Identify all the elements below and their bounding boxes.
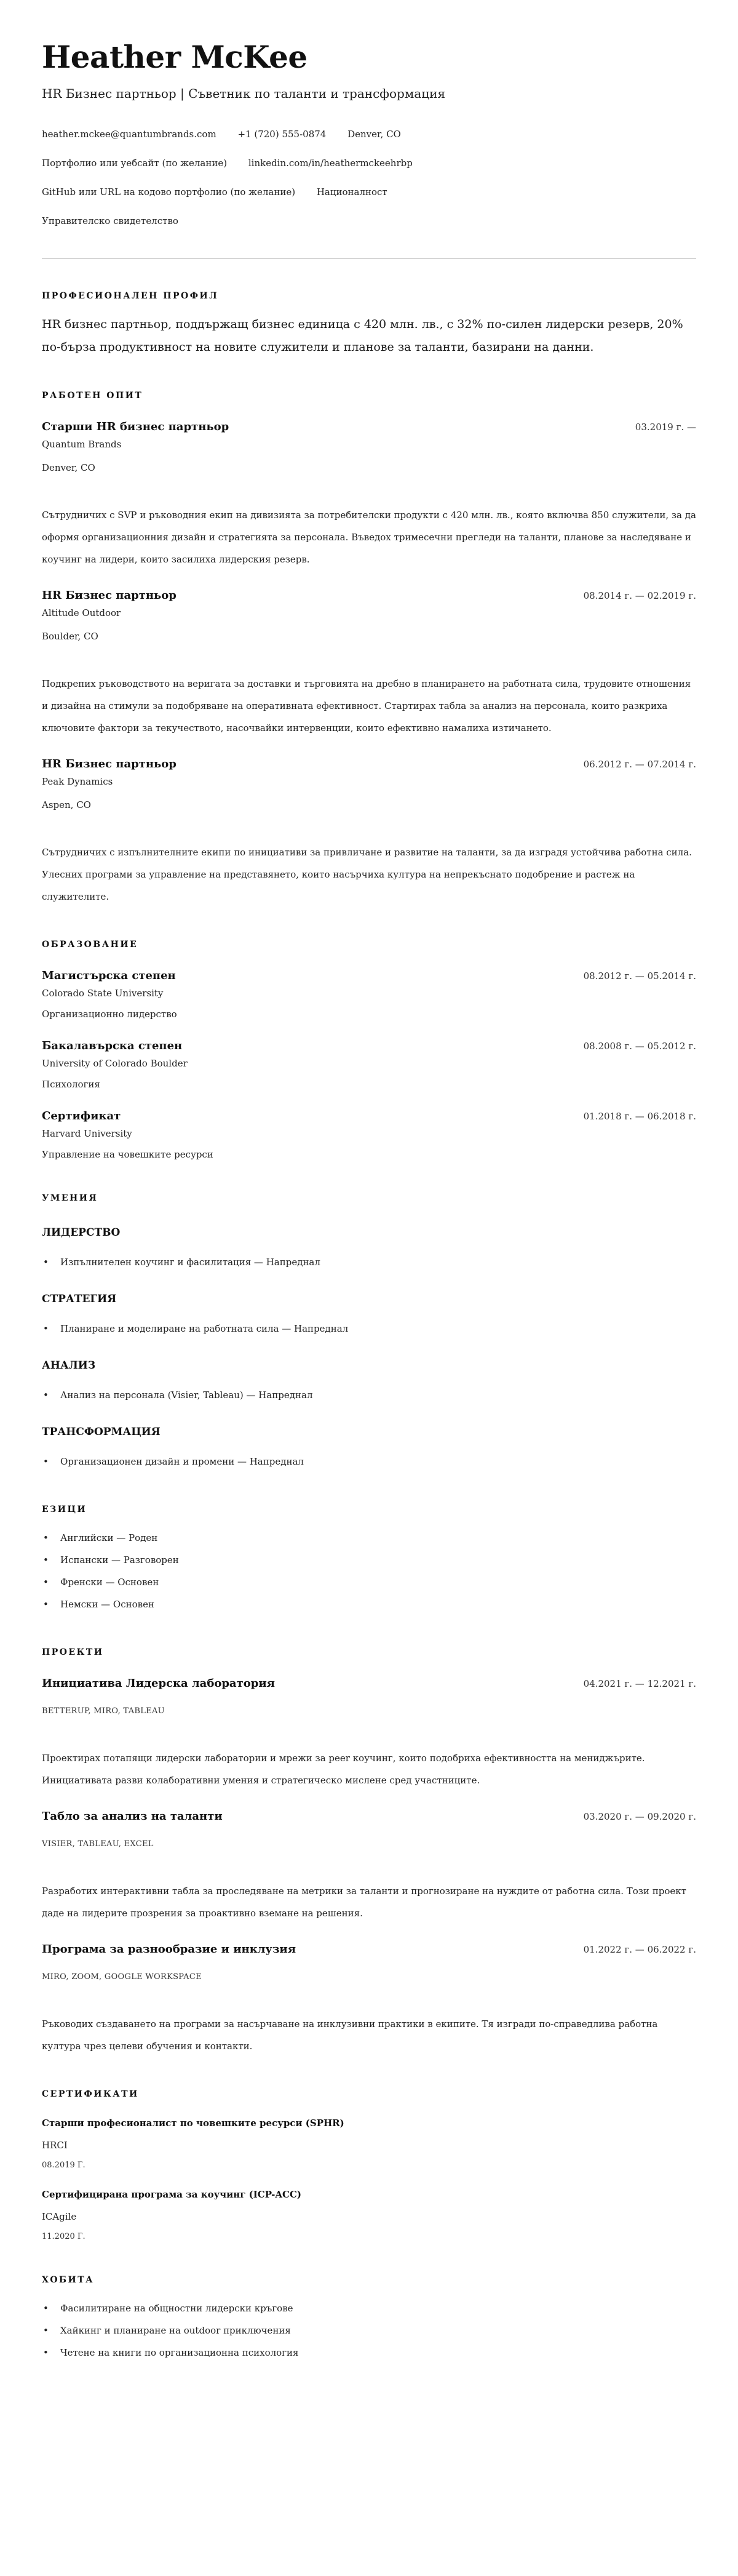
project-entry: Програма за разнообразие и инклузия 01.2… — [42, 1942, 696, 2057]
certification-date: 08.2019 Г. — [42, 2159, 696, 2172]
skill-list: Организационен дизайн и промени — Напред… — [42, 1450, 696, 1473]
project-dates: 04.2021 г. — 12.2021 г. — [584, 1678, 696, 1689]
job-location: Aspen, CO — [42, 798, 696, 812]
project-tech-stack: VISIER, TABLEAU, EXCEL — [42, 1838, 696, 1850]
education-entry: Бакалавърска степен 08.2008 г. — 05.2012… — [42, 1038, 696, 1091]
education-dates: 08.2012 г. — 05.2014 г. — [584, 970, 696, 982]
experience-entry: Старши HR бизнес партньор 03.2019 г. — Q… — [42, 419, 696, 570]
skill-item: Анализ на персонала (Visier, Tableau) — … — [60, 1384, 696, 1406]
project-dates: 01.2022 г. — 06.2022 г. — [584, 1944, 696, 1955]
job-dates: 08.2014 г. — 02.2019 г. — [584, 590, 696, 601]
skill-item: Изпълнителен коучинг и фасилитация — Нап… — [60, 1251, 696, 1273]
section-title-skills: УМЕНИЯ — [42, 1192, 696, 1204]
job-title: Старши HR бизнес партньор — [42, 419, 229, 435]
education-dates: 08.2008 г. — 05.2012 г. — [584, 1041, 696, 1052]
location: Denver, CO — [347, 129, 401, 140]
project-description: Разработих интерактивни табла за прослед… — [42, 1880, 696, 1924]
linkedin-link[interactable]: linkedin.com/in/heathermckeehrbp — [248, 158, 413, 169]
contact-row-links: Портфолио или уебсайт (по желание) linke… — [42, 157, 696, 169]
job-dates: 06.2012 г. — 07.2014 г. — [584, 759, 696, 770]
certification-title: Старши професионалист по човешките ресур… — [42, 2116, 696, 2130]
projects-section: ПРОЕКТИ Инициатива Лидерска лаборатория … — [42, 1646, 696, 2057]
section-title-profile: ПРОФЕСИОНАЛЕН ПРОФИЛ — [42, 290, 696, 302]
section-title-projects: ПРОЕКТИ — [42, 1646, 696, 1658]
skill-item: Планиране и моделиране на работната сила… — [60, 1318, 696, 1340]
skill-group-title: СТРАТЕГИЯ — [42, 1292, 696, 1306]
portfolio-link[interactable]: Портфолио или уебсайт (по желание) — [42, 158, 227, 169]
project-description: Ръководих създаването на програми за нас… — [42, 2013, 696, 2057]
language-item: Френски — Основен — [60, 1571, 696, 1593]
languages-section: ЕЗИЦИ Английски — Роден Испански — Разго… — [42, 1503, 696, 1615]
section-title-hobbies: ХОБИТА — [42, 2274, 696, 2286]
experience-section: РАБОТЕН ОПИТ Старши HR бизнес партньор 0… — [42, 390, 696, 908]
language-list: Английски — Роден Испански — Разговорен … — [42, 1527, 696, 1615]
profile-summary: HR бизнес партньор, поддържащ бизнес еди… — [42, 313, 696, 359]
education-entry: Магистърска степен 08.2012 г. — 05.2014 … — [42, 968, 696, 1021]
skill-list: Изпълнителен коучинг и фасилитация — Нап… — [42, 1251, 696, 1273]
job-company: Altitude Outdoor — [42, 606, 696, 620]
job-description: Подкрепих ръководството на веригата за д… — [42, 673, 696, 739]
hobbies-section: ХОБИТА Фасилитиране на общностни лидерск… — [42, 2274, 696, 2364]
job-title: HR Бизнес партньор — [42, 588, 177, 604]
skill-list: Планиране и моделиране на работната сила… — [42, 1318, 696, 1340]
certification-date: 11.2020 Г. — [42, 2231, 696, 2243]
resume-header: Heather McKee HR Бизнес партньор | Съвет… — [42, 38, 696, 227]
project-description: Проектирах потапящи лидерски лаборатории… — [42, 1747, 696, 1791]
section-title-certifications: СЕРТИФИКАТИ — [42, 2088, 696, 2100]
job-company: Peak Dynamics — [42, 775, 696, 788]
job-dates: 03.2019 г. — — [635, 422, 696, 433]
hobby-list: Фасилитиране на общностни лидерски кръго… — [42, 2297, 696, 2364]
project-entry: Инициатива Лидерска лаборатория 04.2021 … — [42, 1676, 696, 1791]
certification-issuer: HRCI — [42, 2138, 696, 2152]
education-section: ОБРАЗОВАНИЕ Магистърска степен 08.2012 г… — [42, 938, 696, 1161]
degree-title: Сертификат — [42, 1108, 121, 1124]
skill-group-title: ТРАНСФОРМАЦИЯ — [42, 1425, 696, 1439]
section-title-languages: ЕЗИЦИ — [42, 1503, 696, 1516]
certification-entry: Сертифицирана програма за коучинг (ICP-A… — [42, 2188, 696, 2243]
job-title: HR Бизнес партньор — [42, 756, 177, 772]
school-name: University of Colorado Boulder — [42, 1057, 696, 1070]
certification-title: Сертифицирана програма за коучинг (ICP-A… — [42, 2188, 696, 2201]
experience-entry: HR Бизнес партньор 08.2014 г. — 02.2019 … — [42, 588, 696, 739]
skill-group-title: АНАЛИЗ — [42, 1358, 696, 1373]
job-company: Quantum Brands — [42, 438, 696, 451]
project-dates: 03.2020 г. — 09.2020 г. — [584, 1811, 696, 1822]
job-description: Сътрудничих с SVP и ръководния екип на д… — [42, 504, 696, 570]
hobby-item: Фасилитиране на общностни лидерски кръго… — [60, 2297, 696, 2319]
candidate-headline: HR Бизнес партньор | Съветник по таланти… — [42, 85, 696, 102]
project-tech-stack: BETTERUP, MIRO, TABLEAU — [42, 1705, 696, 1718]
degree-title: Магистърска степен — [42, 968, 176, 984]
skill-group-title: ЛИДЕРСТВО — [42, 1225, 696, 1240]
project-tech-stack: MIRO, ZOOM, GOOGLE WORKSPACE — [42, 1971, 696, 1983]
contact-row-extra: GitHub или URL на кодово портфолио (по ж… — [42, 186, 696, 198]
contact-row-primary: heather.mckee@quantumbrands.com +1 (720)… — [42, 128, 696, 140]
experience-entry: HR Бизнес партньор 06.2012 г. — 07.2014 … — [42, 756, 696, 908]
section-title-education: ОБРАЗОВАНИЕ — [42, 938, 696, 951]
language-item: Немски — Основен — [60, 1593, 696, 1615]
skill-list: Анализ на персонала (Visier, Tableau) — … — [42, 1384, 696, 1406]
field-of-study: Психология — [42, 1078, 696, 1091]
skills-section: УМЕНИЯ ЛИДЕРСТВО Изпълнителен коучинг и … — [42, 1192, 696, 1473]
field-of-study: Организационно лидерство — [42, 1007, 696, 1021]
certification-entry: Старши професионалист по човешките ресур… — [42, 2116, 696, 2172]
job-location: Denver, CO — [42, 461, 696, 474]
phone-number[interactable]: +1 (720) 555-0874 — [237, 129, 326, 140]
field-of-study: Управление на човешките ресурси — [42, 1148, 696, 1161]
skill-item: Организационен дизайн и промени — Напред… — [60, 1450, 696, 1473]
project-title: Инициатива Лидерска лаборатория — [42, 1676, 275, 1692]
hobby-item: Четене на книги по организационна психол… — [60, 2342, 696, 2364]
project-entry: Табло за анализ на таланти 03.2020 г. — … — [42, 1809, 696, 1924]
job-description: Сътрудничих с изпълнителните екипи по ин… — [42, 841, 696, 908]
school-name: Colorado State University — [42, 986, 696, 1000]
education-entry: Сертификат 01.2018 г. — 06.2018 г. Harva… — [42, 1108, 696, 1161]
language-item: Испански — Разговорен — [60, 1549, 696, 1571]
section-title-experience: РАБОТЕН ОПИТ — [42, 390, 696, 402]
degree-title: Бакалавърска степен — [42, 1038, 182, 1054]
drivers-license: Управителско свидетелство — [42, 215, 178, 226]
nationality: Националност — [317, 186, 387, 198]
profile-section: ПРОФЕСИОНАЛЕН ПРОФИЛ HR бизнес партньор,… — [42, 290, 696, 359]
project-title: Табло за анализ на таланти — [42, 1809, 223, 1825]
candidate-name: Heather McKee — [42, 38, 696, 76]
certifications-section: СЕРТИФИКАТИ Старши професионалист по чов… — [42, 2088, 696, 2243]
language-item: Английски — Роден — [60, 1527, 696, 1549]
resume-page: Heather McKee HR Бизнес партньор | Съвет… — [0, 0, 738, 2401]
school-name: Harvard University — [42, 1127, 696, 1140]
education-dates: 01.2018 г. — 06.2018 г. — [584, 1111, 696, 1122]
contact-row-license: Управителско свидетелство — [42, 215, 696, 227]
hobby-item: Хайкинг и планиране на outdoor приключен… — [60, 2319, 696, 2342]
email-link[interactable]: heather.mckee@quantumbrands.com — [42, 129, 216, 140]
job-location: Boulder, CO — [42, 630, 696, 643]
project-title: Програма за разнообразие и инклузия — [42, 1942, 296, 1958]
header-divider — [42, 258, 696, 259]
github-link[interactable]: GitHub или URL на кодово портфолио (по ж… — [42, 186, 295, 198]
certification-issuer: ICAgile — [42, 2210, 696, 2223]
